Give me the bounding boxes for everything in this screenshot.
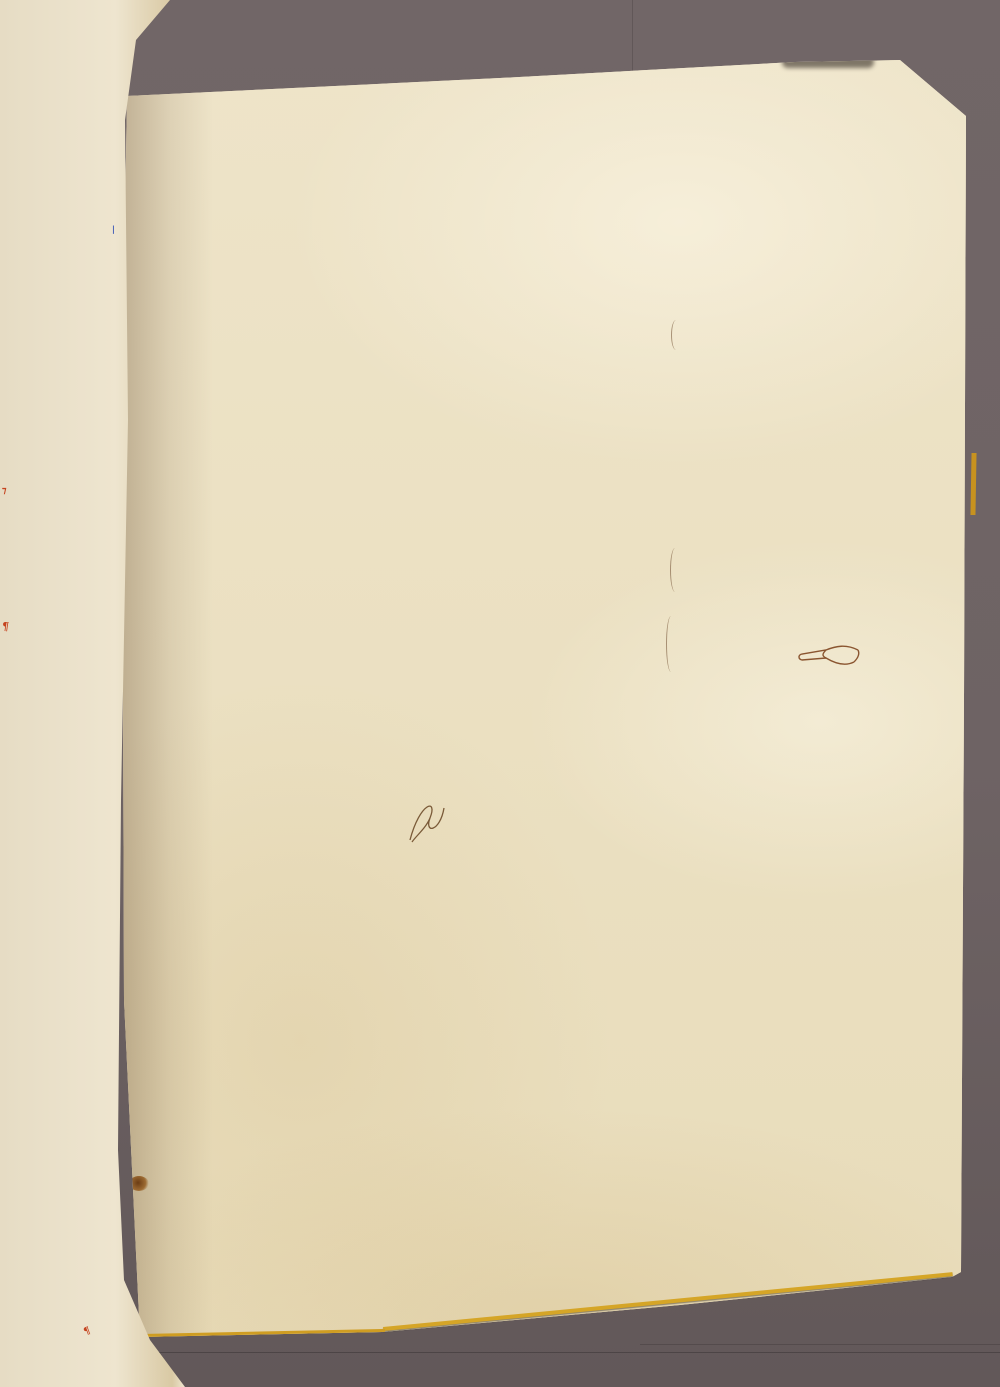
table-edge-line-2 [640, 1344, 1000, 1345]
ink-show-through [205, 1051, 446, 1163]
manicule-drawing [796, 642, 862, 672]
margin-brace [671, 320, 681, 350]
pen-flourish [406, 792, 446, 844]
margin-brace [670, 548, 680, 592]
gutter-shadow [118, 60, 213, 1350]
parchment-stain [129, 1176, 149, 1191]
top-edge-smudge [782, 56, 874, 68]
fore-edge-sliver [970, 453, 976, 515]
photo-background: ¶ ⁊ ¶ ∣ [0, 0, 1000, 1387]
rubric-mark: ¶ [82, 1325, 92, 1338]
rubric-mark: ⁊ [2, 486, 6, 496]
rubric-mark: ¶ [1, 620, 10, 634]
azure-mark: ∣ [112, 226, 115, 236]
manuscript-page [0, 0, 1000, 1387]
margin-brace [666, 616, 676, 672]
